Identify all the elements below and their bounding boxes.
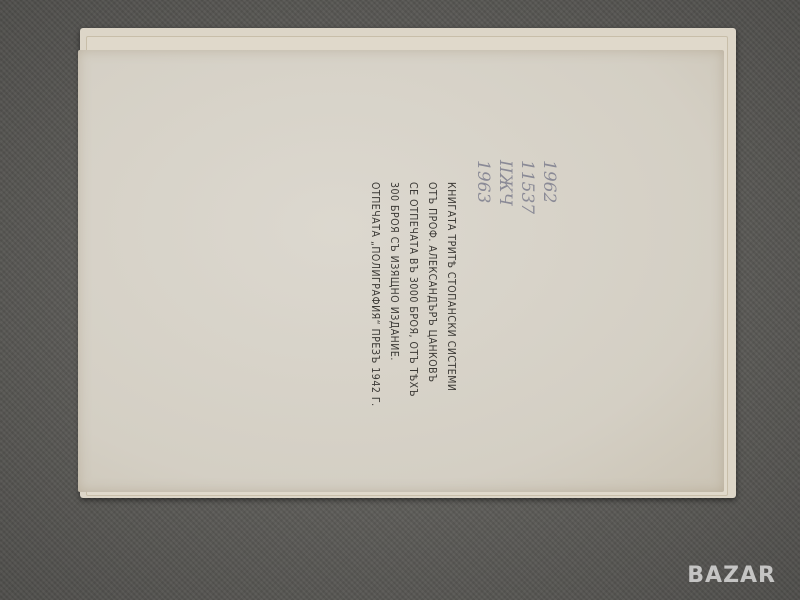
colophon-line: Книгата Тритѣ стопански системи [441,182,460,482]
colophon-line: Отпечата „Полиграфия“ презъ 1942 г. [365,182,384,482]
printed-colophon: Книгата Тритѣ стопански системи отъ проф… [350,182,460,482]
handwritten-note: 1962 [538,160,560,290]
site-watermark: BAZAR [687,563,776,588]
handwritten-note: 11537 [516,160,538,290]
colophon-line: отъ проф. Александъръ Цанковъ [422,182,441,482]
handwritten-note: 1963 [472,160,494,290]
colophon-line: 300 броя съ изящно издание. [384,182,403,482]
colophon-line: се отпечата въ 3000 броя, отъ тѣхъ [403,182,422,482]
handwritten-notes: 1962 11537 IIЖЧ 1963 [470,160,560,290]
handwritten-note: IIЖЧ [494,160,516,290]
